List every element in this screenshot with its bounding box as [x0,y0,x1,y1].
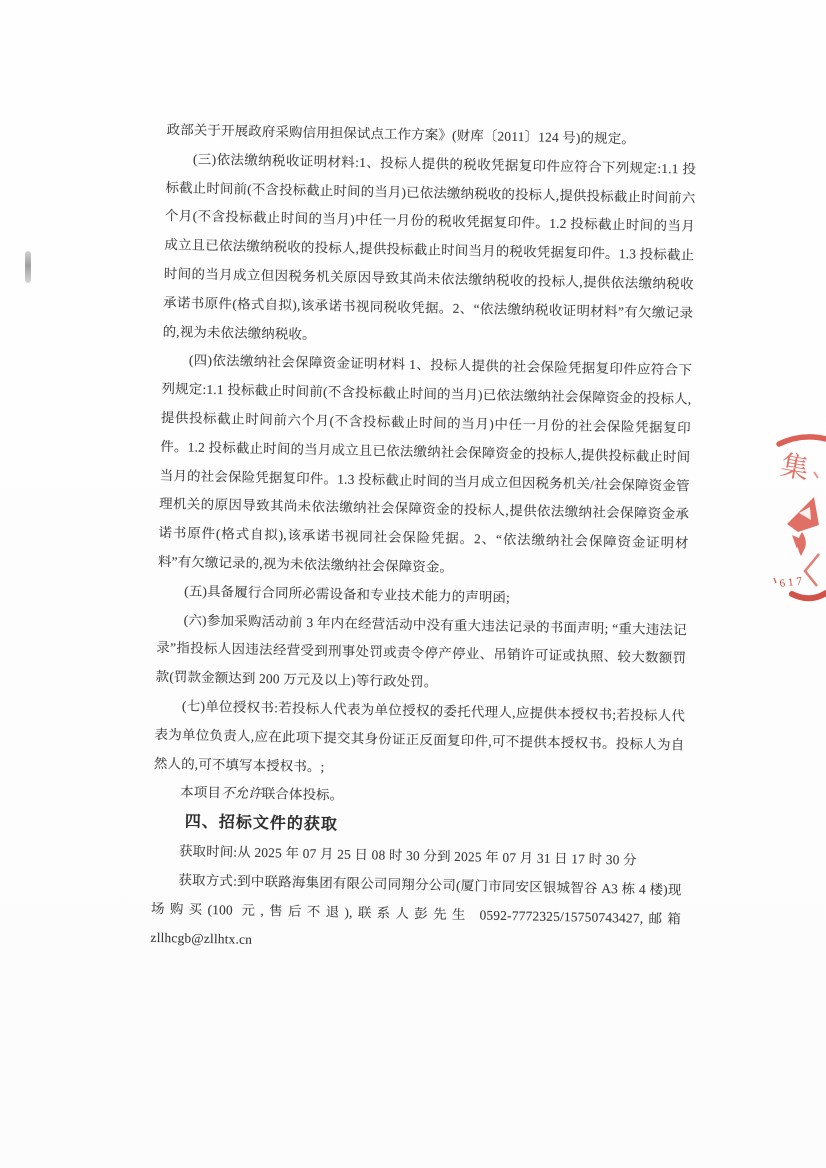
seal-bracket-mark [805,554,819,586]
document-body: 政部关于开展政府采购信用担保试点工作方案》(财库〔2011〕124 号)的规定。… [150,116,697,963]
clause-6-paragraph: (六)参加采购活动前 3 年内在经营活动中没有重大违法记录的书面声明; “重大违… [155,605,687,702]
seal-tick-mark [814,472,818,478]
scan-artifact [25,251,31,283]
seal-digits: 617 [779,575,806,590]
seal-character: 集 [778,449,811,485]
clause-4-paragraph: (四)依法缴纳社会保障资金证明材料 1、投标人提供的社会保险凭据复印件应符合下列… [158,346,693,587]
seal-star-shape [787,497,819,556]
official-seal-stamp: 集 617 [756,428,826,610]
scanned-page: 政部关于开展政府采购信用担保试点工作方案》(财库〔2011〕124 号)的规定。… [0,0,826,1168]
seal-small-tick [774,578,776,583]
joint-bid-suffix: 联合体投标。 [262,786,344,803]
joint-bid-emphasis: 不允许 [221,786,262,802]
joint-bid-prefix: 本项目 [180,785,221,801]
clause-7-paragraph: (七)单位授权书:若投标人代表为单位授权的委托代理人,应提供本授权书;若投标人代… [154,692,686,789]
clause-3-paragraph: (三)依法缴纳税收证明材料:1、投标人提供的税收凭据复印件应符合下列规定:1.1… [162,145,696,357]
seal-bottom-arc [792,593,826,598]
obtain-method-paragraph: 获取方式:到中联路海集团有限公司同翔分公司(厦门市同安区银城智谷 A3 栋 4 … [150,866,682,963]
seal-top-arc [779,437,826,444]
